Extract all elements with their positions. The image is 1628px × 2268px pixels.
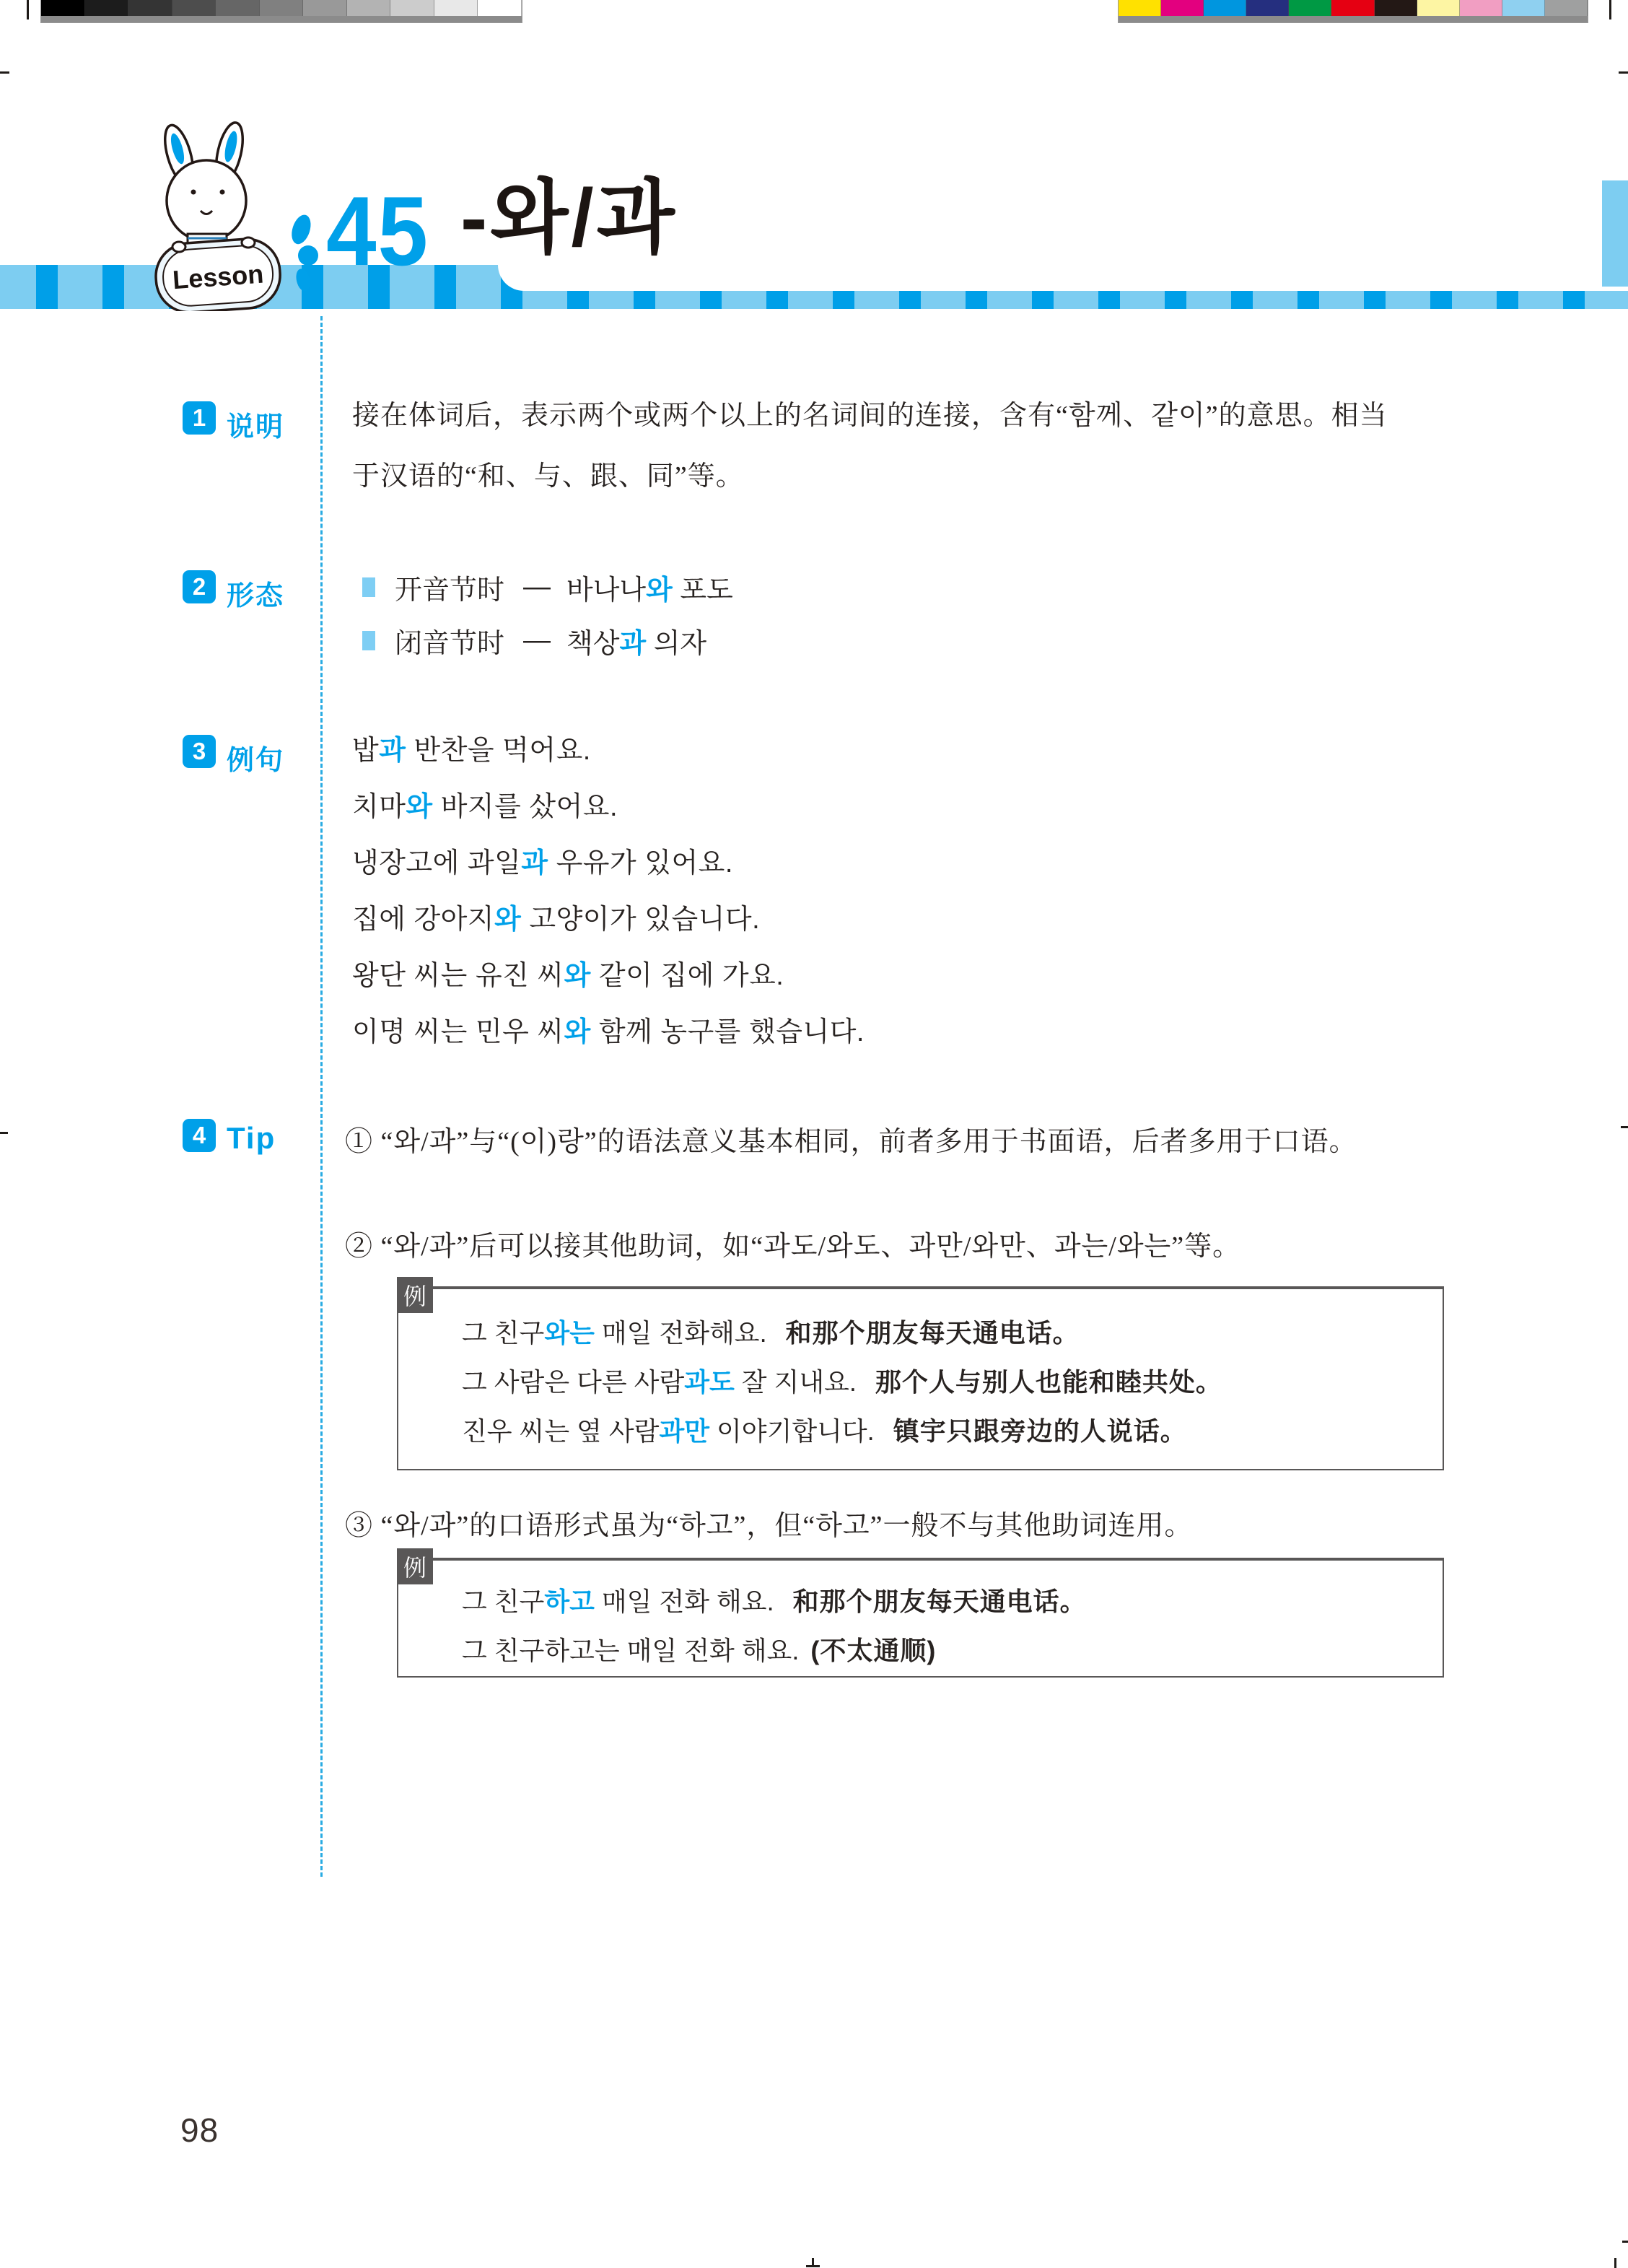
korean-post: 반찬을 먹어요. — [406, 736, 590, 766]
korean-pre: 그 친구하고는 매일 전화 해요. — [462, 1636, 806, 1665]
calibration-bar-shadow — [41, 16, 522, 22]
section-label-explain: 说明 — [227, 404, 284, 444]
example-sentence: 냉장고에 과일과 우유가 있어요. — [352, 846, 865, 881]
color-swatch — [1460, 0, 1502, 16]
chinese-translation: (不太通顺) — [810, 1636, 936, 1665]
lesson-number: 45 — [326, 182, 429, 280]
korean-particle: 과 — [379, 736, 406, 766]
color-swatch — [1545, 0, 1588, 16]
tip-note-3: ③ “와/과”的口语形式虽为“하고”，但“하고”一般不与其他助词连用。 — [345, 1503, 1193, 1543]
korean-pre: 밥 — [352, 736, 379, 766]
example-box-row: 진우 씨는 옆 사람과만 이야기합니다.镇宇只跟旁边的人说话。 — [462, 1416, 1421, 1447]
example-box-row: 그 사람은 다른 사람과도 잘 지내요.那个人与别人也能和睦共处。 — [462, 1367, 1421, 1397]
korean-pre: 바나나 — [566, 575, 646, 606]
crop-mark-top-left — [27, 0, 29, 19]
section-label-forms: 形态 — [227, 573, 284, 613]
korean-pre: 치마 — [352, 792, 406, 822]
gray-swatch — [390, 0, 434, 16]
example-box-row: 그 친구와는 매일 전화해요.和那个朋友每天通电话。 — [462, 1318, 1421, 1348]
color-swatch — [1417, 0, 1460, 16]
korean-post: 잘 지내요. — [735, 1367, 857, 1397]
calibration-bar-shadow — [1119, 16, 1588, 22]
form-chinese: 开音节时 — [395, 567, 504, 607]
column-divider-dashed-line — [320, 316, 323, 1877]
tip-note-1: ① “와/과”与“(이)랑”的语法意义基本相同，前者多用于书面语，后者多用于口语… — [345, 1119, 1357, 1159]
example-sentence: 집에 강아지와 고양이가 있습니다. — [352, 902, 865, 937]
section-badge-1: 1 — [183, 401, 216, 435]
rabbit-mascot-drawing: Lesson — [141, 120, 343, 311]
header-band-notch — [498, 265, 1628, 291]
register-mark-left-top — [0, 71, 9, 74]
gray-swatch — [478, 0, 522, 16]
gray-swatch — [347, 0, 391, 16]
korean-particle: 와 — [564, 961, 591, 991]
section-badge-4: 4 — [183, 1119, 216, 1152]
color-swatch — [1375, 0, 1417, 16]
korean-particle: 와 — [494, 904, 521, 935]
gray-swatch — [85, 0, 129, 16]
example-sentence: 이명 씨는 민우 씨와 함께 농구를 했습니다. — [352, 1015, 865, 1050]
color-calibration-bar — [1119, 0, 1588, 22]
korean-post: 매일 전화 해요. — [595, 1587, 774, 1616]
color-swatch — [1119, 0, 1161, 16]
gray-swatch — [434, 0, 478, 16]
tip-note-2: ② “와/과”后可以接其他助词，如“과도/와도、과만/와만、과는/와는”等。 — [345, 1224, 1240, 1263]
color-swatch — [1161, 0, 1204, 16]
gray-swatch — [303, 0, 347, 16]
textbook-page: Lesson 45 -와/과 1 说明 接在体词后，表示两个或两个以上的名词间的… — [0, 0, 1628, 2268]
example-box-row: 그 친구하고 매일 전화 해요.和那个朋友每天通电话。 — [462, 1587, 1421, 1617]
example-sentence-list: 밥과 반찬을 먹어요. 치마와 바지를 샀어요. 냉장고에 과일과 우유가 있어… — [352, 733, 865, 1050]
gray-swatch — [172, 0, 216, 16]
section-label-examples: 例句 — [227, 738, 284, 777]
gray-swatch — [41, 0, 85, 16]
example-box-rows: 그 친구와는 매일 전화해요.和那个朋友每天通电话。 그 사람은 다른 사람과도… — [398, 1289, 1443, 1447]
rabbit-mascot: Lesson — [141, 120, 343, 311]
square-bullet-icon — [362, 631, 375, 650]
register-mark-left-middle — [0, 1132, 8, 1134]
korean-post: 매일 전화해요. — [595, 1318, 767, 1348]
korean-particle: 과도 — [684, 1367, 735, 1397]
korean-pre: 책상 — [566, 629, 619, 659]
page-number: 98 — [180, 2111, 219, 2150]
korean-post: 함께 농구를 했습니다. — [591, 1017, 865, 1047]
page-title: -와/과 — [460, 167, 678, 269]
example-sentence: 왕단 씨는 유진 씨와 같이 집에 가요. — [352, 959, 865, 993]
form-korean: 책상과 의자 — [566, 621, 706, 660]
korean-pre: 왕단 씨는 유진 씨 — [352, 961, 564, 991]
korean-pre: 진우 씨는 옆 사람 — [462, 1416, 659, 1446]
example-box-badge: 例 — [397, 1277, 433, 1313]
korean-pre: 그 친구 — [462, 1318, 544, 1348]
gray-swatch — [260, 0, 304, 16]
korean-particle: 와 — [406, 792, 432, 822]
section-badge-3: 3 — [183, 735, 216, 768]
explain-line-2: 于汉语的“和、与、跟、同”等。 — [352, 446, 1478, 507]
example-box-2: 例 그 친구하고 매일 전화 해요.和那个朋友每天通电话。 그 친구하고는 매일… — [397, 1558, 1444, 1678]
explain-line-1: 接在体词后，表示两个或两个以上的名词间的连接，含有“함께、같이”的意思。相当 — [352, 385, 1478, 446]
example-box-row: 그 친구하고는 매일 전화 해요. (不太通顺) — [462, 1636, 1421, 1666]
korean-pre: 냉장고에 과일 — [352, 848, 521, 878]
crop-mark-bottom-right — [1614, 2258, 1616, 2268]
korean-post: 포도 — [673, 575, 733, 606]
register-mark-bottom-center-base — [806, 2265, 820, 2267]
gray-swatch — [216, 0, 260, 16]
chinese-translation: 那个人与别人也能和睦共处。 — [875, 1367, 1222, 1397]
korean-particle: 와는 — [544, 1318, 595, 1348]
korean-pre: 이명 씨는 민우 씨 — [352, 1017, 564, 1047]
example-sentence: 밥과 반찬을 먹어요. — [352, 733, 865, 768]
form-item-closed-syllable: 闭音节时 — 책상과 의자 — [362, 621, 706, 660]
korean-particle: 와 — [646, 575, 673, 606]
form-chinese: 闭音节时 — [395, 621, 504, 660]
korean-post: 같이 집에 가요. — [591, 961, 784, 991]
example-box-badge: 例 — [397, 1548, 433, 1584]
korean-pre: 그 사람은 다른 사람 — [462, 1367, 684, 1397]
korean-post: 우유가 있어요. — [548, 848, 733, 878]
explain-paragraph: 接在体词后，表示两个或两个以上的名词间的连接，含有“함께、같이”的意思。相当 于… — [352, 385, 1478, 507]
form-korean: 바나나와 포도 — [566, 567, 733, 607]
chinese-translation: 镇宇只跟旁边的人说话。 — [893, 1416, 1187, 1446]
korean-pre: 그 친구 — [462, 1587, 544, 1616]
example-sentence: 치마와 바지를 샀어요. — [352, 790, 865, 824]
korean-post: 바지를 샀어요. — [433, 792, 618, 822]
korean-post: 의자 — [646, 629, 706, 659]
korean-particle: 하고 — [544, 1587, 595, 1616]
section-badge-2: 2 — [183, 570, 216, 603]
color-swatch — [1289, 0, 1331, 16]
example-box-rows: 그 친구하고 매일 전화 해요.和那个朋友每天通电话。 그 친구하고는 매일 전… — [398, 1561, 1443, 1666]
korean-pre: 집에 강아지 — [352, 904, 494, 935]
korean-particle: 과 — [619, 629, 646, 659]
korean-particle: 와 — [564, 1017, 591, 1047]
korean-post: 고양이가 있습니다. — [521, 904, 760, 935]
form-dash: — — [523, 572, 551, 603]
korean-particle: 과 — [521, 848, 548, 878]
crop-mark-top-right — [1609, 0, 1611, 19]
grayscale-calibration-bar — [41, 0, 522, 22]
chinese-translation: 和那个朋友每天通电话。 — [793, 1587, 1087, 1616]
register-mark-right-top — [1619, 71, 1628, 74]
register-mark-right-middle — [1621, 1126, 1628, 1128]
lesson-label: Lesson — [172, 259, 265, 295]
example-box-1: 例 그 친구와는 매일 전화해요.和那个朋友每天通电话。 그 사람은 다른 사람… — [397, 1286, 1444, 1470]
form-dash: — — [523, 625, 551, 656]
color-swatch — [1331, 0, 1374, 16]
color-swatch — [1246, 0, 1289, 16]
gray-swatch — [128, 0, 172, 16]
color-swatch — [1204, 0, 1246, 16]
section-label-tip: Tip — [227, 1121, 276, 1156]
form-item-open-syllable: 开音节时 — 바나나와 포도 — [362, 567, 733, 607]
square-bullet-icon — [362, 577, 375, 597]
page-edge-tab — [1602, 180, 1628, 287]
chinese-translation: 和那个朋友每天通电话。 — [786, 1318, 1080, 1348]
korean-particle: 과만 — [659, 1416, 709, 1446]
korean-post: 이야기합니다. — [709, 1416, 875, 1446]
color-swatch — [1502, 0, 1545, 16]
register-mark-right-bottom — [1622, 2241, 1628, 2243]
